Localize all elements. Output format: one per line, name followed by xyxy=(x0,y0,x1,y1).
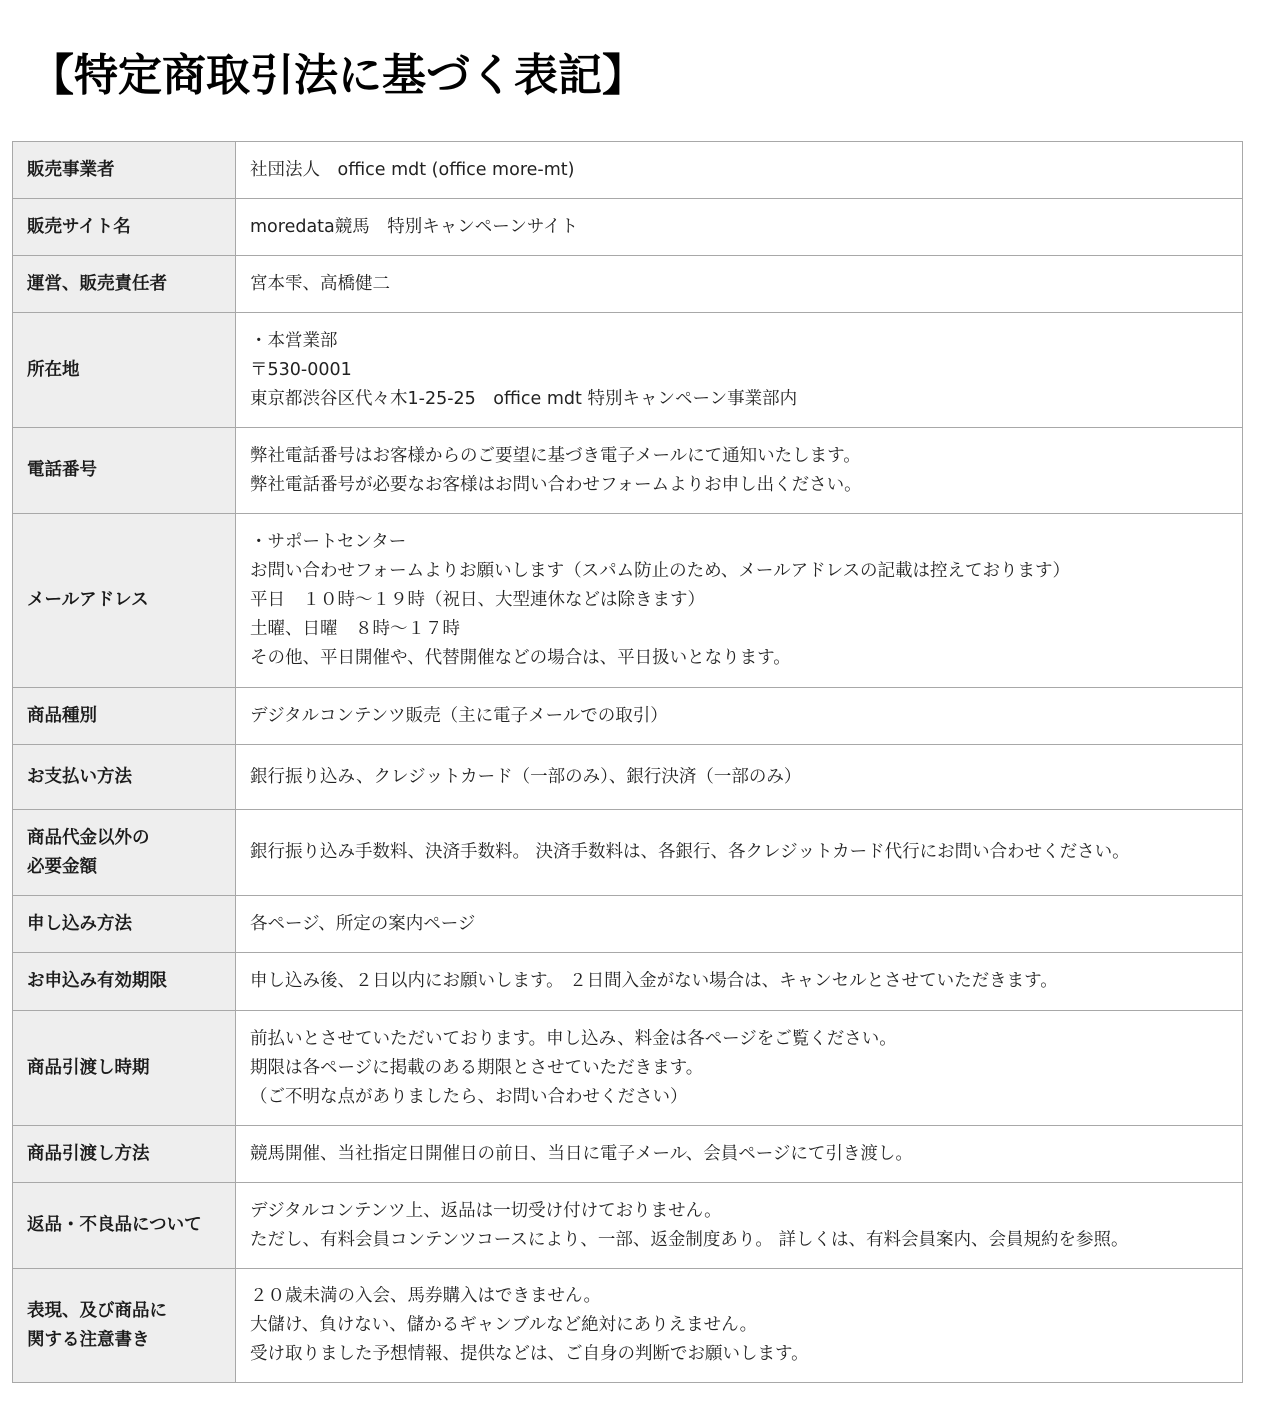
row-value-line: 銀行振り込み、クレジットカード（一部のみ）、銀行決済（一部のみ） xyxy=(250,763,1228,792)
row-value-line: 弊社電話番号が必要なお客様はお問い合わせフォームよりお申し出ください。 xyxy=(250,471,1228,500)
legal-notice-table-body: 販売事業者社団法人 office mdt (office more-mt)販売サ… xyxy=(13,142,1243,1383)
table-row: 申し込み方法各ページ、所定の案内ページ xyxy=(13,896,1243,953)
row-value-line: 競馬開催、当社指定日開催日の前日、当日に電子メール、会員ページにて引き渡し。 xyxy=(250,1140,1228,1169)
row-value-line: 各ページ、所定の案内ページ xyxy=(250,910,1228,939)
row-value: ・サポートセンターお問い合わせフォームよりお願いします（スパム防止のため、メール… xyxy=(236,514,1243,688)
row-label-line: 商品引渡し方法 xyxy=(27,1140,221,1169)
row-value-line: 大儲け、負けない、儲かるギャンブルなど絶対にありえません。 xyxy=(250,1311,1228,1340)
row-label: 表現、及び商品に関する注意書き xyxy=(13,1269,236,1383)
row-value: 銀行振り込み、クレジットカード（一部のみ）、銀行決済（一部のみ） xyxy=(236,745,1243,810)
row-label: 商品代金以外の必要金額 xyxy=(13,810,236,896)
row-value: 前払いとさせていただいております。申し込み、料金は各ページをご覧ください。期限は… xyxy=(236,1011,1243,1126)
row-label-line: 販売事業者 xyxy=(27,156,221,185)
row-label-line: 販売サイト名 xyxy=(27,213,221,242)
row-value-line: 平日 １０時～１９時（祝日、大型連休などは除きます） xyxy=(250,586,1228,615)
row-value-line: moredata競馬 特別キャンペーンサイト xyxy=(250,213,1228,242)
row-label-line: 電話番号 xyxy=(27,456,221,485)
row-label: 商品引渡し方法 xyxy=(13,1126,236,1183)
row-label-line: 運営、販売責任者 xyxy=(27,270,221,299)
table-row: 所在地・本営業部〒530-0001東京都渋谷区代々木1-25-25 office… xyxy=(13,313,1243,428)
row-value-line: 銀行振り込み手数料、決済手数料。 決済手数料は、各銀行、各クレジットカード代行に… xyxy=(250,838,1228,867)
row-label: 販売事業者 xyxy=(13,142,236,199)
row-value-line: 東京都渋谷区代々木1-25-25 office mdt 特別キャンペーン事業部内 xyxy=(250,385,1228,414)
row-value-line: （ご不明な点がありましたら、お問い合わせください） xyxy=(250,1083,1228,1112)
table-row: お支払い方法銀行振り込み、クレジットカード（一部のみ）、銀行決済（一部のみ） xyxy=(13,745,1243,810)
row-value-line: デジタルコンテンツ上、返品は一切受け付けておりません。 xyxy=(250,1197,1228,1226)
row-value-line: その他、平日開催や、代替開催などの場合は、平日扱いとなります。 xyxy=(250,644,1228,673)
row-value-line: ・本営業部 xyxy=(250,327,1228,356)
row-value: ・本営業部〒530-0001東京都渋谷区代々木1-25-25 office md… xyxy=(236,313,1243,428)
row-value: 弊社電話番号はお客様からのご要望に基づき電子メールにて通知いたします。弊社電話番… xyxy=(236,428,1243,514)
row-label: 運営、販売責任者 xyxy=(13,256,236,313)
row-label-line: お申込み有効期限 xyxy=(27,967,221,996)
row-label-line: お支払い方法 xyxy=(27,763,221,792)
row-label-line: 商品代金以外の xyxy=(27,824,221,853)
table-row: 商品引渡し方法競馬開催、当社指定日開催日の前日、当日に電子メール、会員ページにて… xyxy=(13,1126,1243,1183)
row-label-line: 商品引渡し時期 xyxy=(27,1054,221,1083)
table-row: 運営、販売責任者宮本雫、高橋健二 xyxy=(13,256,1243,313)
row-value-line: 土曜、日曜 ８時～１７時 xyxy=(250,615,1228,644)
row-label-line: 返品・不良品について xyxy=(27,1211,221,1240)
row-label: 申し込み方法 xyxy=(13,896,236,953)
table-row: 表現、及び商品に関する注意書き２０歳未満の入会、馬券購入はできません。大儲け、負… xyxy=(13,1269,1243,1383)
row-label: 所在地 xyxy=(13,313,236,428)
row-value: デジタルコンテンツ上、返品は一切受け付けておりません。ただし、有料会員コンテンツ… xyxy=(236,1183,1243,1269)
row-label-line: 必要金額 xyxy=(27,853,221,882)
row-label-line: メールアドレス xyxy=(27,586,221,615)
row-value-line: 期限は各ページに掲載のある期限とさせていただきます。 xyxy=(250,1054,1228,1083)
table-row: メールアドレス・サポートセンターお問い合わせフォームよりお願いします（スパム防止… xyxy=(13,514,1243,688)
row-value-line: お問い合わせフォームよりお願いします（スパム防止のため、メールアドレスの記載は控… xyxy=(250,557,1228,586)
page-title: 【特定商取引法に基づく表記】 xyxy=(30,44,646,108)
table-row: 販売事業者社団法人 office mdt (office more-mt) xyxy=(13,142,1243,199)
row-value: moredata競馬 特別キャンペーンサイト xyxy=(236,199,1243,256)
row-label: お支払い方法 xyxy=(13,745,236,810)
row-label-line: 申し込み方法 xyxy=(27,910,221,939)
row-value: 申し込み後、２日以内にお願いします。 ２日間入金がない場合は、キャンセルとさせて… xyxy=(236,953,1243,1011)
row-value: 競馬開催、当社指定日開催日の前日、当日に電子メール、会員ページにて引き渡し。 xyxy=(236,1126,1243,1183)
row-label: メールアドレス xyxy=(13,514,236,688)
row-label: お申込み有効期限 xyxy=(13,953,236,1011)
row-value-line: デジタルコンテンツ販売（主に電子メールでの取引） xyxy=(250,702,1228,731)
row-value-line: 前払いとさせていただいております。申し込み、料金は各ページをご覧ください。 xyxy=(250,1025,1228,1054)
table-row: お申込み有効期限申し込み後、２日以内にお願いします。 ２日間入金がない場合は、キ… xyxy=(13,953,1243,1011)
row-label: 商品種別 xyxy=(13,688,236,745)
row-value: ２０歳未満の入会、馬券購入はできません。大儲け、負けない、儲かるギャンブルなど絶… xyxy=(236,1269,1243,1383)
table-row: 販売サイト名moredata競馬 特別キャンペーンサイト xyxy=(13,199,1243,256)
row-value: 社団法人 office mdt (office more-mt) xyxy=(236,142,1243,199)
row-value: デジタルコンテンツ販売（主に電子メールでの取引） xyxy=(236,688,1243,745)
row-label: 商品引渡し時期 xyxy=(13,1011,236,1126)
row-value-line: ・サポートセンター xyxy=(250,528,1228,557)
row-value-line: ２０歳未満の入会、馬券購入はできません。 xyxy=(250,1282,1228,1311)
row-value-line: 弊社電話番号はお客様からのご要望に基づき電子メールにて通知いたします。 xyxy=(250,442,1228,471)
row-value: 宮本雫、高橋健二 xyxy=(236,256,1243,313)
row-value: 各ページ、所定の案内ページ xyxy=(236,896,1243,953)
row-label: 販売サイト名 xyxy=(13,199,236,256)
row-label-line: 商品種別 xyxy=(27,702,221,731)
table-row: 商品引渡し時期前払いとさせていただいております。申し込み、料金は各ページをご覧く… xyxy=(13,1011,1243,1126)
row-label: 返品・不良品について xyxy=(13,1183,236,1269)
row-label-line: 表現、及び商品に xyxy=(27,1297,221,1326)
row-label: 電話番号 xyxy=(13,428,236,514)
row-label-line: 所在地 xyxy=(27,356,221,385)
table-row: 商品種別デジタルコンテンツ販売（主に電子メールでの取引） xyxy=(13,688,1243,745)
row-value-line: ただし、有料会員コンテンツコースにより、一部、返金制度あり。 詳しくは、有料会員… xyxy=(250,1226,1228,1255)
row-value-line: 宮本雫、高橋健二 xyxy=(250,270,1228,299)
table-row: 商品代金以外の必要金額銀行振り込み手数料、決済手数料。 決済手数料は、各銀行、各… xyxy=(13,810,1243,896)
row-value-line: 〒530-0001 xyxy=(250,356,1228,385)
row-value: 銀行振り込み手数料、決済手数料。 決済手数料は、各銀行、各クレジットカード代行に… xyxy=(236,810,1243,896)
legal-notice-table: 販売事業者社団法人 office mdt (office more-mt)販売サ… xyxy=(12,141,1243,1383)
table-row: 電話番号弊社電話番号はお客様からのご要望に基づき電子メールにて通知いたします。弊… xyxy=(13,428,1243,514)
row-label-line: 関する注意書き xyxy=(27,1326,221,1355)
row-value-line: 社団法人 office mdt (office more-mt) xyxy=(250,156,1228,185)
row-value-line: 申し込み後、２日以内にお願いします。 ２日間入金がない場合は、キャンセルとさせて… xyxy=(250,967,1228,996)
row-value-line: 受け取りました予想情報、提供などは、ご自身の判断でお願いします。 xyxy=(250,1340,1228,1369)
table-row: 返品・不良品についてデジタルコンテンツ上、返品は一切受け付けておりません。ただし… xyxy=(13,1183,1243,1269)
